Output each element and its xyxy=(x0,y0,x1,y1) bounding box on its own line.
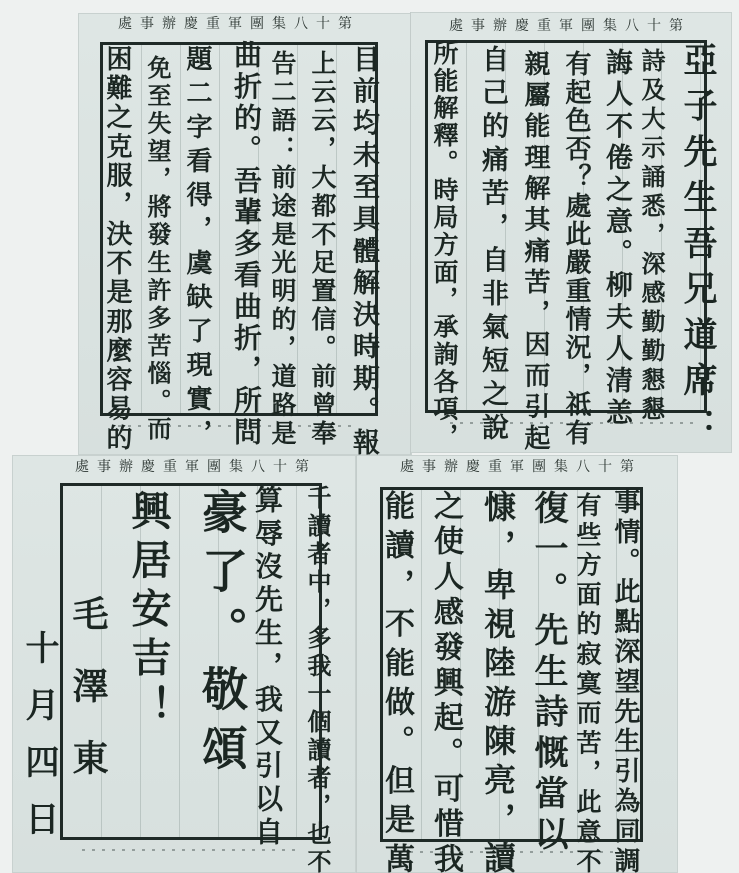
handwritten-column: 有起色否？處此嚴重情況，祗有 xyxy=(561,50,589,445)
letterhead: 處事辦慶重軍團集八十第 xyxy=(118,16,353,32)
letterhead: 處事辦慶重軍團集八十第 xyxy=(75,459,300,475)
letter-page-2: 處事辦慶重軍團集八十第 目前均未至具體解決時期。報 上云云，大都不足置信。前曾奉… xyxy=(78,13,412,455)
letterhead: 處事辦慶重軍團集八十第 xyxy=(445,18,695,34)
handwritten-column: 能讀，不能做。但是萬 xyxy=(379,490,411,873)
handwritten-column: 困難之克服，決不是那麼容易的 xyxy=(102,45,130,450)
printed-footer xyxy=(82,849,302,851)
closing-wish: 興居安吉！ xyxy=(126,490,168,725)
handwritten-column: 曲折的。吾輩多看曲折，所問 xyxy=(228,40,260,445)
handwritten-column: 告二語：前途是光明的，道路是 xyxy=(267,50,295,445)
handwritten-column: 上云云，大都不足置信。前曾奉 xyxy=(307,50,335,445)
handwritten-column: 慷，卑視陸游陳亮，讀 xyxy=(480,490,514,873)
handwritten-column: 千讀者中，多我一個讀者，也不 xyxy=(303,485,329,873)
letter-page-1: 處事辦慶重軍團集八十第 亞子先生吾兄道席： 詩及大示誦悉，深感勤勤懇懇 誨人不倦… xyxy=(410,12,732,453)
handwritten-column: 詩及大示誦悉，深感勤勤懇懇 xyxy=(637,48,663,420)
handwritten-column: 目前均未至具體解決時期。報 xyxy=(347,45,377,455)
handwritten-column: 有些方面的寂寞而苦，此意不 xyxy=(573,492,600,873)
page-seam xyxy=(356,455,357,873)
handwritten-column: 復一。先生詩慨當以 xyxy=(529,490,565,850)
letter-page-4: 處事辦慶重軍團集八十第 千讀者中，多我一個讀者，也不 算辱沒先生，我又引以自 豪… xyxy=(12,455,358,873)
handwritten-column: 誨人不倦之意。柳夫人清恙 xyxy=(600,48,630,425)
page-seam xyxy=(410,12,411,455)
handwritten-column: 算辱沒先生，我又引以自 xyxy=(251,485,281,845)
letter-date: 十月四日 xyxy=(20,630,56,835)
handwritten-column: 事情。此點深望先生引為同調 xyxy=(610,488,638,873)
handwritten-column: 亞子先生吾兄道席： xyxy=(676,42,714,442)
closing-phrase: 豪了。敬頌 xyxy=(197,488,245,770)
handwritten-column: 自己的痛苦，自非氣短之說 xyxy=(476,45,506,440)
letter-page-3: 處事辦慶重軍團集八十第 事情。此點深望先生引為同調 有些方面的寂寞而苦，此意不 … xyxy=(355,455,678,873)
handwritten-column: 之使人感發興起。可惜我 xyxy=(428,490,460,873)
letterhead: 處事辦慶重軍團集八十第 xyxy=(400,459,630,475)
handwritten-column: 所能解釋。時局方面，承詢各項， xyxy=(429,40,457,448)
handwritten-column: 親屬能理解其痛苦，因而引起 xyxy=(520,50,548,450)
signature: 毛澤東 xyxy=(68,595,106,775)
handwritten-column: 題二字看得，虞缺了現實， xyxy=(182,45,210,445)
handwritten-column: 免至失望，將發生許多苦惱。而 xyxy=(143,55,169,440)
